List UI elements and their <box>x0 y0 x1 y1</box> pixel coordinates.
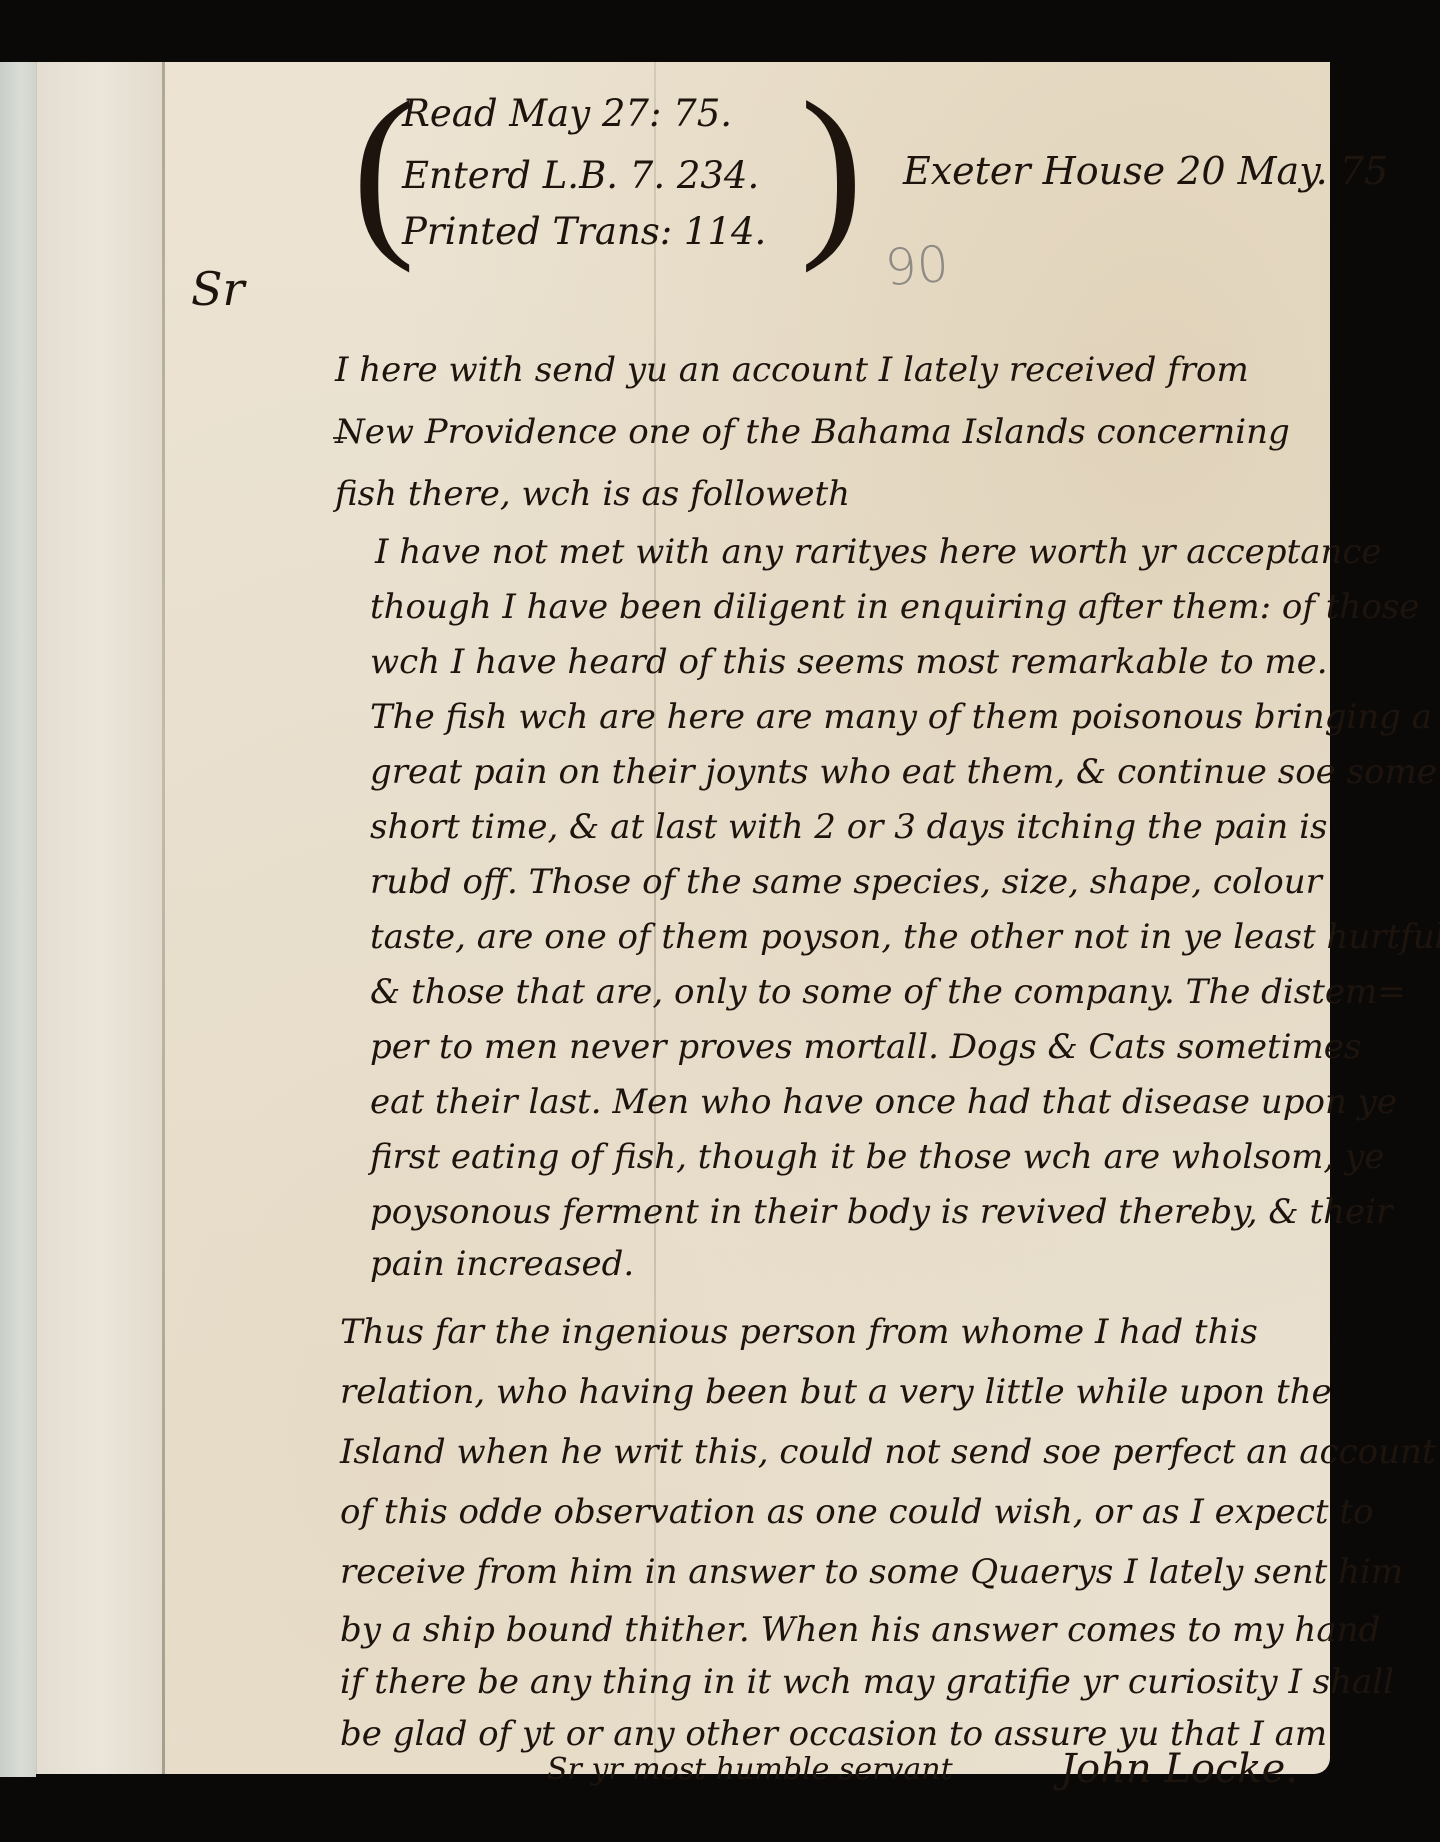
body-line: pain increased. <box>370 1244 634 1284</box>
salutation: Sr <box>191 262 245 316</box>
docket-read: Read May 27: 75. <box>402 92 732 135</box>
place-and-date: Exeter House 20 May. 75 <box>903 149 1388 193</box>
body-line: first eating of fish, though it be those… <box>370 1137 1384 1177</box>
docket-entered: Enterd L.B. 7. 234. <box>402 154 759 197</box>
body-line: rubd off. Those of the same species, siz… <box>370 862 1322 902</box>
signature: John Locke. <box>1060 1746 1298 1792</box>
body-line: eat their last. Men who have once had th… <box>370 1082 1397 1122</box>
docket-right-bracket: ) <box>800 74 863 264</box>
body-line: I here with send yu an account I lately … <box>335 350 1249 390</box>
body-line: short time, & at last with 2 or 3 days i… <box>370 807 1327 847</box>
body-line: relation, who having been but a very lit… <box>340 1372 1332 1412</box>
body-line: wch I have heard of this seems most rema… <box>370 642 1328 682</box>
body-line: The fish wch are here are many of them p… <box>370 697 1432 737</box>
letter-sheet: ( Read May 27: 75. Enterd L.B. 7. 234. P… <box>165 62 1330 1774</box>
body-line: receive from him in answer to some Quaer… <box>340 1552 1403 1592</box>
body-line: per to men never proves mortall. Dogs & … <box>370 1027 1361 1067</box>
body-line: Island when he writ this, could not send… <box>340 1432 1436 1472</box>
body-line: though I have been diligent in enquiring… <box>370 587 1419 627</box>
body-line: New Providence one of the Bahama Islands… <box>335 412 1290 452</box>
docket-printed: Printed Trans: 114. <box>402 210 766 253</box>
body-line: great pain on their joynts who eat them,… <box>370 752 1437 792</box>
body-line: if there be any thing in it wch may grat… <box>340 1662 1394 1702</box>
paper-hinge <box>36 62 165 1774</box>
mounting-strip <box>0 62 36 1777</box>
body-line: of this odde observation as one could wi… <box>340 1492 1373 1532</box>
body-line: poysonous ferment in their body is reviv… <box>370 1192 1392 1232</box>
folio-number: 90 <box>883 235 951 297</box>
docket-note: ( Read May 27: 75. Enterd L.B. 7. 234. P… <box>370 74 820 279</box>
body-line: fish there, wch is as followeth <box>335 474 850 514</box>
body-line: Thus far the ingenious person from whome… <box>340 1312 1258 1352</box>
body-line: & those that are, only to some of the co… <box>370 972 1406 1012</box>
closing-line: Sr yr most humble servant <box>547 1752 953 1787</box>
body-line: by a ship bound thither. When his answer… <box>340 1610 1380 1650</box>
body-line: taste, are one of them poyson, the other… <box>370 917 1440 957</box>
body-line: I have not met with any rarityes here wo… <box>375 532 1382 572</box>
